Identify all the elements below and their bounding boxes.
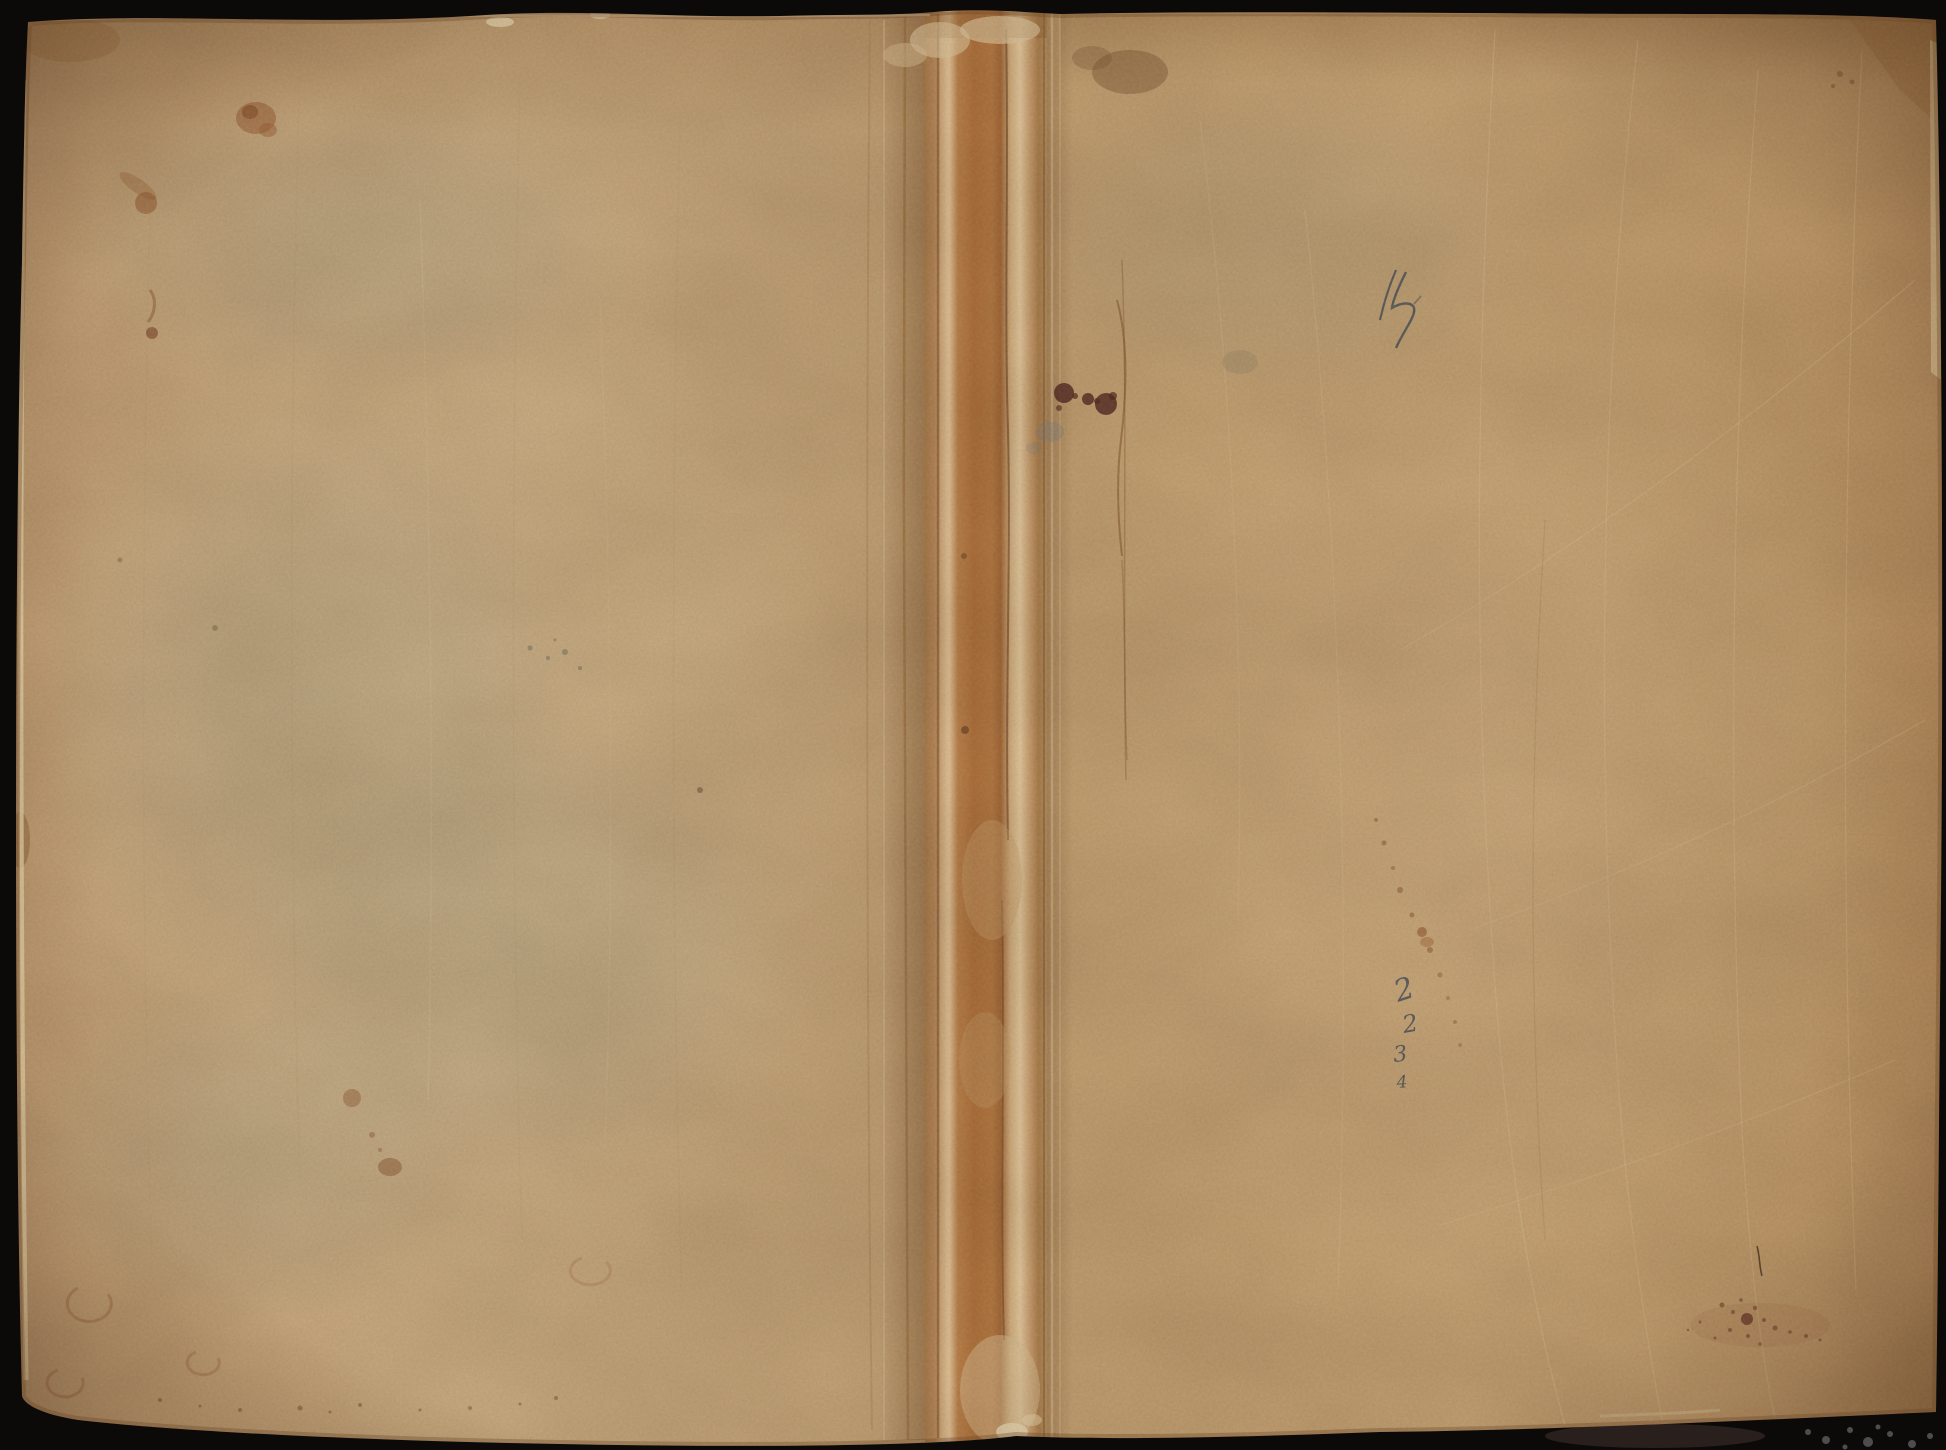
- vignette: [0, 0, 1946, 1450]
- scan-viewport: 2 2 3 4: [0, 0, 1946, 1450]
- book-scan: 2 2 3 4: [0, 0, 1946, 1450]
